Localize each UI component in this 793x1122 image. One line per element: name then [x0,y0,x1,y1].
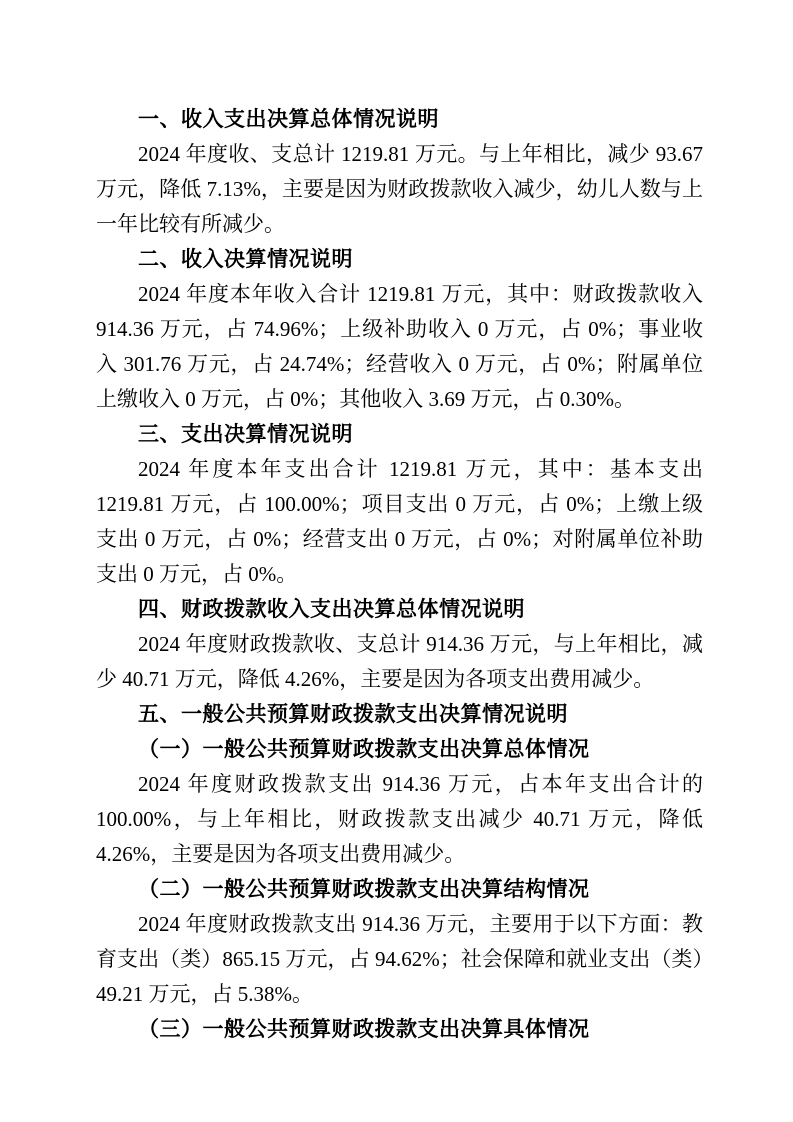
section-heading-fiscal-appropriation-overall: 四、财政拨款收入支出决算总体情况说明 [96,592,703,627]
subsection-heading-budget-overall: （一）一般公共预算财政拨款支出决算总体情况 [96,732,703,767]
paragraph-budget-overall: 2024 年度财政拨款支出 914.36 万元，占本年支出合计的 100.00%… [96,767,703,872]
section-heading-income-details: 二、收入决算情况说明 [96,242,703,277]
paragraph-income-details: 2024 年度本年收入合计 1219.81 万元，其中：财政拨款收入 914.3… [96,277,703,417]
section-heading-general-public-budget: 五、一般公共预算财政拨款支出决算情况说明 [96,697,703,732]
subsection-heading-budget-specifics: （三）一般公共预算财政拨款支出决算具体情况 [96,1012,703,1047]
section-heading-expenditure-details: 三、支出决算情况说明 [96,417,703,452]
document-body: 一、收入支出决算总体情况说明 2024 年度收、支总计 1219.81 万元。与… [96,102,703,1047]
document-page: 一、收入支出决算总体情况说明 2024 年度收、支总计 1219.81 万元。与… [0,0,793,1122]
paragraph-income-expenditure-overall: 2024 年度收、支总计 1219.81 万元。与上年相比，减少 93.67 万… [96,137,703,242]
paragraph-budget-structure: 2024 年度财政拨款支出 914.36 万元，主要用于以下方面：教育支出（类）… [96,907,703,1012]
section-heading-income-expenditure-overall: 一、收入支出决算总体情况说明 [96,102,703,137]
paragraph-expenditure-details: 2024 年度本年支出合计 1219.81 万元，其中：基本支出 1219.81… [96,452,703,592]
paragraph-fiscal-appropriation-overall: 2024 年度财政拨款收、支总计 914.36 万元，与上年相比，减少 40.7… [96,627,703,697]
subsection-heading-budget-structure: （二）一般公共预算财政拨款支出决算结构情况 [96,872,703,907]
